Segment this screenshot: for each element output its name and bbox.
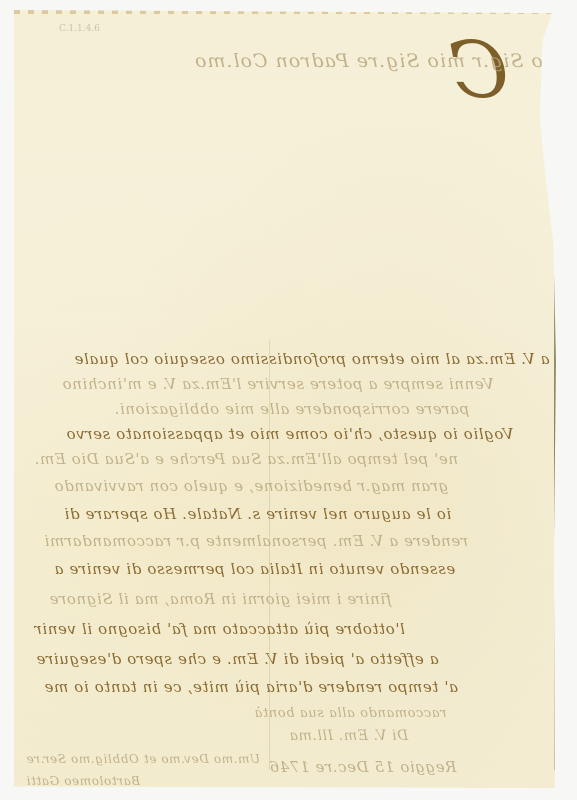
body-line: Invito a V. Em.za al mio eterno profondi… — [74, 350, 577, 368]
body-line: gran mag.r benedizione, e quelo con ravv… — [54, 477, 448, 495]
body-line: rendere a V. Em. personalmente p.r racco… — [44, 532, 468, 550]
body-line: parere corrispondere alle mie obbligazio… — [114, 400, 469, 418]
paper-top-edge-stain — [14, 10, 556, 14]
salutation: Emin.mo e Rev.mo Sig.r mio Sig.re Padron… — [194, 50, 577, 72]
place-date: Reggio 15 Dec.re 1746 — [269, 758, 457, 776]
body-line: l'ottobre più attaccato ma fa' bisogno i… — [34, 620, 405, 638]
signature-line: Um.mo Dev.mo et Obblig.mo Ser.re — [26, 752, 260, 766]
body-line: a effetto a' piedi di V. Em. e che spero… — [36, 650, 439, 668]
body-line: ne' pel tempo all'Em.za Sua Perche e a'S… — [34, 450, 458, 468]
signature-name: Bartolomeo Gatti — [26, 774, 140, 788]
body-line: Voglio io questo, ch'io come mio et appa… — [66, 425, 513, 443]
letter-page: C.1.1.4.6 C Emin.mo e Rev.mo Sig.r mio S… — [14, 10, 556, 788]
body-line: finire i miei giorni in Roma, ma il Sign… — [49, 590, 391, 608]
body-line: io le auguro nel venire s. Natale. Ho sp… — [64, 505, 451, 523]
closing-line: Di V. Em. Ill.ma — [289, 728, 408, 744]
closing-line: raccomando alla sua bontà — [254, 706, 446, 721]
body-line: Venni sempre a potere servire l'Em.za V.… — [62, 375, 494, 393]
paper-torn-right-edge — [554, 110, 556, 770]
body-line: essendo venuto in Italia col permesso di… — [54, 560, 455, 578]
body-line: a' tempo rendere d'aria più mite, ce in … — [44, 678, 458, 696]
archive-mark: C.1.1.4.6 — [59, 24, 100, 34]
